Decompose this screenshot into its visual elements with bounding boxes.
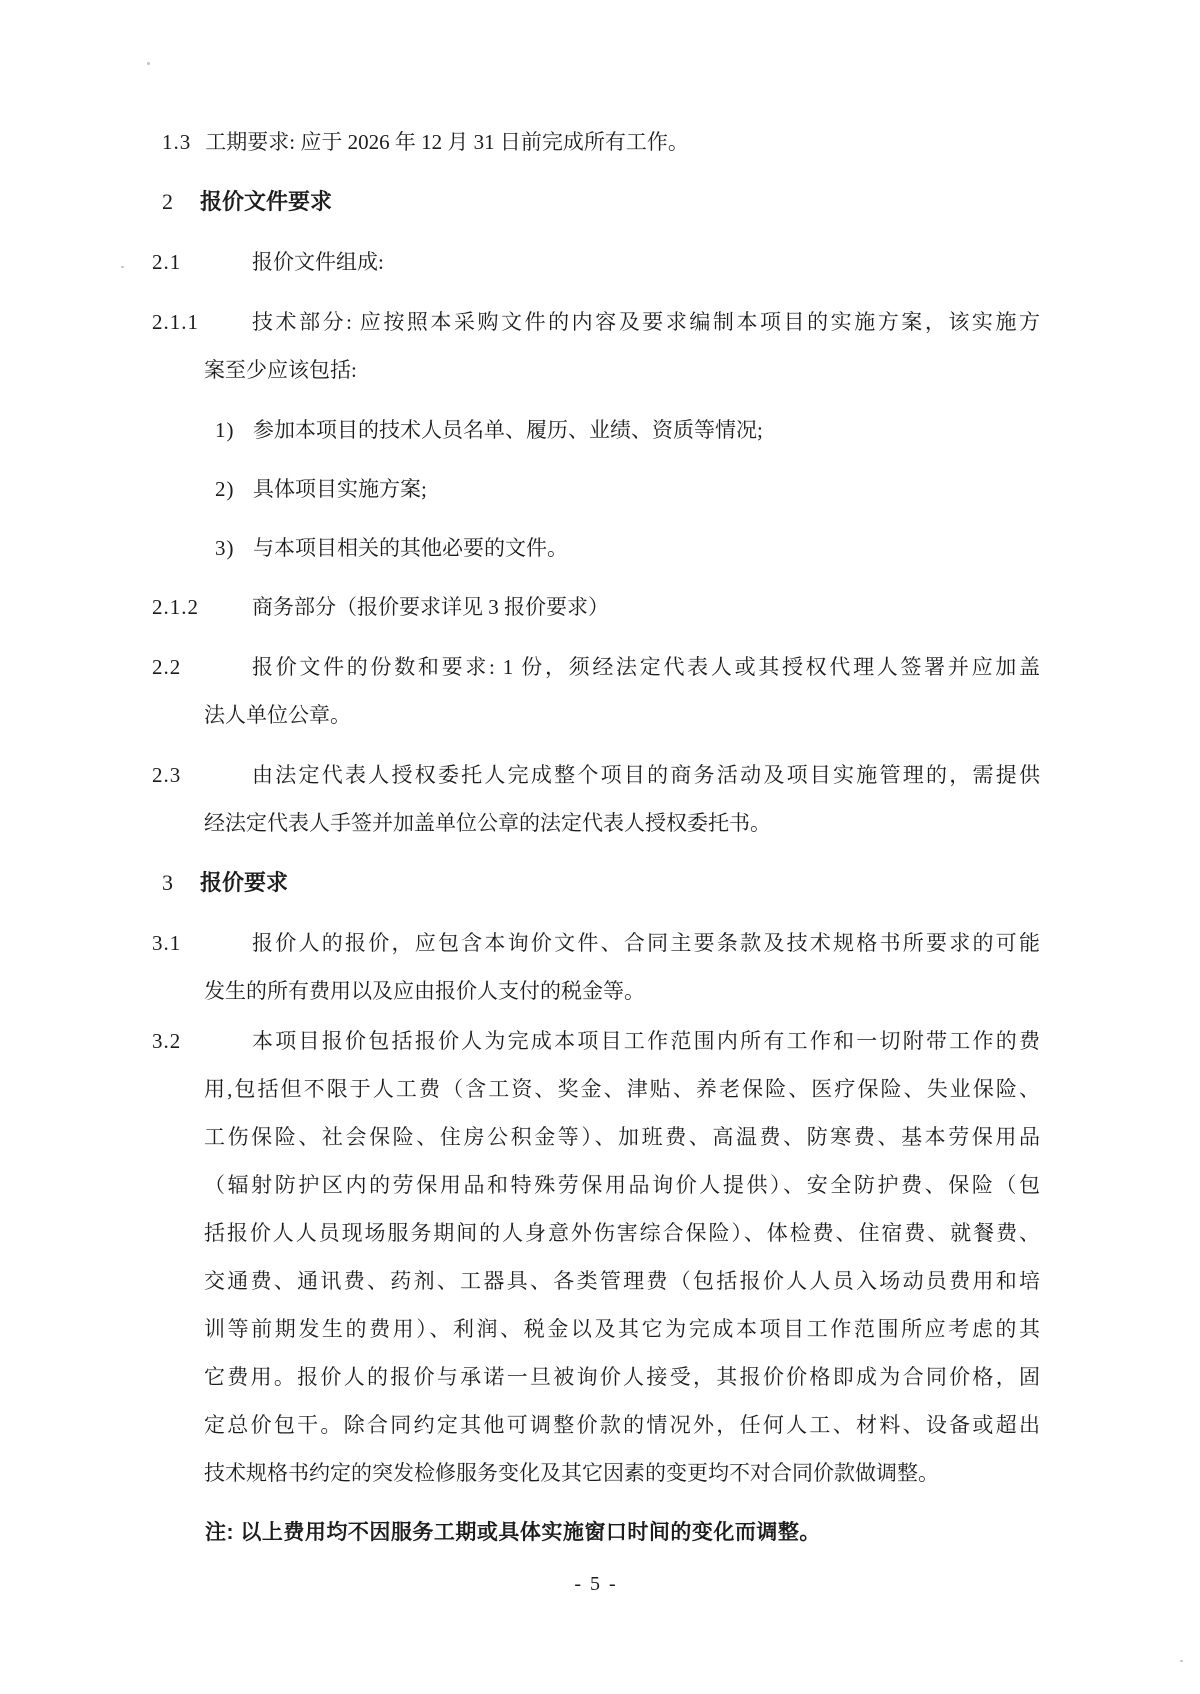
heading-text: 报价文件要求 <box>200 178 1040 226</box>
list-marker: 2) <box>215 465 253 513</box>
text-line: 它费用。报价人的报价与承诺一旦被询价人接受，其报价价格即成为合同价格，固 <box>204 1353 1040 1401</box>
heading-2-quotation-document-requirements: 2 报价文件要求 <box>152 178 1040 226</box>
text-line: 报价文件的份数和要求: 1 份，须经法定代表人或其授权代理人签署并应加盖 <box>204 643 1040 691</box>
text-line: 工伤保险、社会保险、住房公积金等）、加班费、高温费、防寒费、基本劳保用品 <box>204 1113 1040 1161</box>
text-line: 本项目报价包括报价人为完成本项目工作范围内所有工作和一切附带工作的费 <box>204 1017 1040 1065</box>
section-number: 2.1.2 <box>152 583 204 631</box>
list-item-3: 3) 与本项目相关的其他必要的文件。 <box>152 524 1040 572</box>
text-line: 工期要求: 应于 2026 年 12 月 31 日前完成所有工作。 <box>205 118 1040 166</box>
document-page: 1.3 工期要求: 应于 2026 年 12 月 31 日前完成所有工作。 2 … <box>0 0 1200 1694</box>
text-line: 报价人的报价，应包含本询价文件、合同主要条款及技术规格书所要求的可能 <box>204 919 1040 967</box>
section-number: 1.3 <box>162 118 191 166</box>
section-number: 2.1.1 <box>152 298 204 346</box>
heading-3-quotation-requirements: 3 报价要求 <box>152 859 1040 907</box>
section-number: 3.2 <box>152 1017 204 1065</box>
text-line: 用,包括但不限于人工费（含工资、奖金、津贴、养老保险、医疗保险、失业保险、 <box>204 1065 1040 1113</box>
text-line: 案至少应该包括: <box>204 346 1040 394</box>
text-line: 具体项目实施方案; <box>253 465 1040 513</box>
text-line: 经法定代表人手签并加盖单位公章的法定代表人授权委托书。 <box>204 799 1040 847</box>
section-2-3: 2.3 由法定代表人授权委托人完成整个项目的商务活动及项目实施管理的，需提供 经… <box>152 751 1040 847</box>
text-line: 法人单位公章。 <box>204 691 1040 739</box>
text-line: 技术部分: 应按照本采购文件的内容及要求编制本项目的实施方案，该实施方 <box>204 298 1040 346</box>
text-line: 商务部分（报价要求详见 3 报价要求） <box>204 583 1040 631</box>
section-number: 2 <box>162 178 200 226</box>
text-line: 发生的所有费用以及应由报价人支付的税金等。 <box>204 967 1040 1015</box>
text-line: 技术规格书约定的突发检修服务变化及其它因素的变更均不对合同价款做调整。 <box>204 1449 1040 1497</box>
document-body: 1.3 工期要求: 应于 2026 年 12 月 31 日前完成所有工作。 2 … <box>0 0 1200 1599</box>
text-line: 定总价包干。除合同约定其他可调整价款的情况外，任何人工、材料、设备或超出 <box>204 1401 1040 1449</box>
text-line: 由法定代表人授权委托人完成整个项目的商务活动及项目实施管理的，需提供 <box>204 751 1040 799</box>
section-1-3: 1.3 工期要求: 应于 2026 年 12 月 31 日前完成所有工作。 <box>152 118 1040 166</box>
section-number: 2.1 <box>152 238 204 286</box>
section-number: 2.2 <box>152 643 204 691</box>
list-item-2: 2) 具体项目实施方案; <box>152 465 1040 513</box>
page-number: - 5 - <box>152 1569 1040 1599</box>
list-marker: 1) <box>215 406 253 454</box>
text-line: 参加本项目的技术人员名单、履历、业绩、资质等情况; <box>253 406 1040 454</box>
scan-speck <box>1180 1660 1183 1662</box>
section-3-1: 3.1 报价人的报价，应包含本询价文件、合同主要条款及技术规格书所要求的可能 发… <box>152 919 1040 1015</box>
text-line: （辐射防护区内的劳保用品和特殊劳保用品询价人提供）、安全防护费、保险（包 <box>204 1161 1040 1209</box>
heading-text: 报价要求 <box>200 859 1040 907</box>
section-number: 3 <box>162 859 200 907</box>
scan-speck <box>208 374 212 377</box>
scan-speck <box>121 266 124 268</box>
list-item-1: 1) 参加本项目的技术人员名单、履历、业绩、资质等情况; <box>152 406 1040 454</box>
section-number: 2.3 <box>152 751 204 799</box>
text-line: 与本项目相关的其他必要的文件。 <box>253 524 1040 572</box>
text-line: 报价文件组成: <box>204 238 1040 286</box>
list-marker: 3) <box>215 524 253 572</box>
section-2-1-1: 2.1.1 技术部分: 应按照本采购文件的内容及要求编制本项目的实施方案，该实施… <box>152 298 1040 394</box>
section-2-2: 2.2 报价文件的份数和要求: 1 份，须经法定代表人或其授权代理人签署并应加盖… <box>152 643 1040 739</box>
scan-speck <box>147 62 150 65</box>
text-line: 交通费、通讯费、药剂、工器具、各类管理费（包括报价人人员入场动员费用和培 <box>204 1257 1040 1305</box>
section-number: 3.1 <box>152 919 204 967</box>
text-line: 括报价人人员现场服务期间的人身意外伤害综合保险）、体检费、住宿费、就餐费、 <box>204 1209 1040 1257</box>
text-line: 训等前期发生的费用）、利润、税金以及其它为完成本项目工作范围所应考虑的其 <box>204 1305 1040 1353</box>
section-2-1-2: 2.1.2 商务部分（报价要求详见 3 报价要求） <box>152 583 1040 631</box>
section-2-1: 2.1 报价文件组成: <box>152 238 1040 286</box>
section-3-2: 3.2 本项目报价包括报价人为完成本项目工作范围内所有工作和一切附带工作的费 用… <box>152 1017 1040 1497</box>
note-line: 注: 以上费用均不因服务工期或具体实施窗口时间的变化而调整。 <box>152 1509 1040 1557</box>
